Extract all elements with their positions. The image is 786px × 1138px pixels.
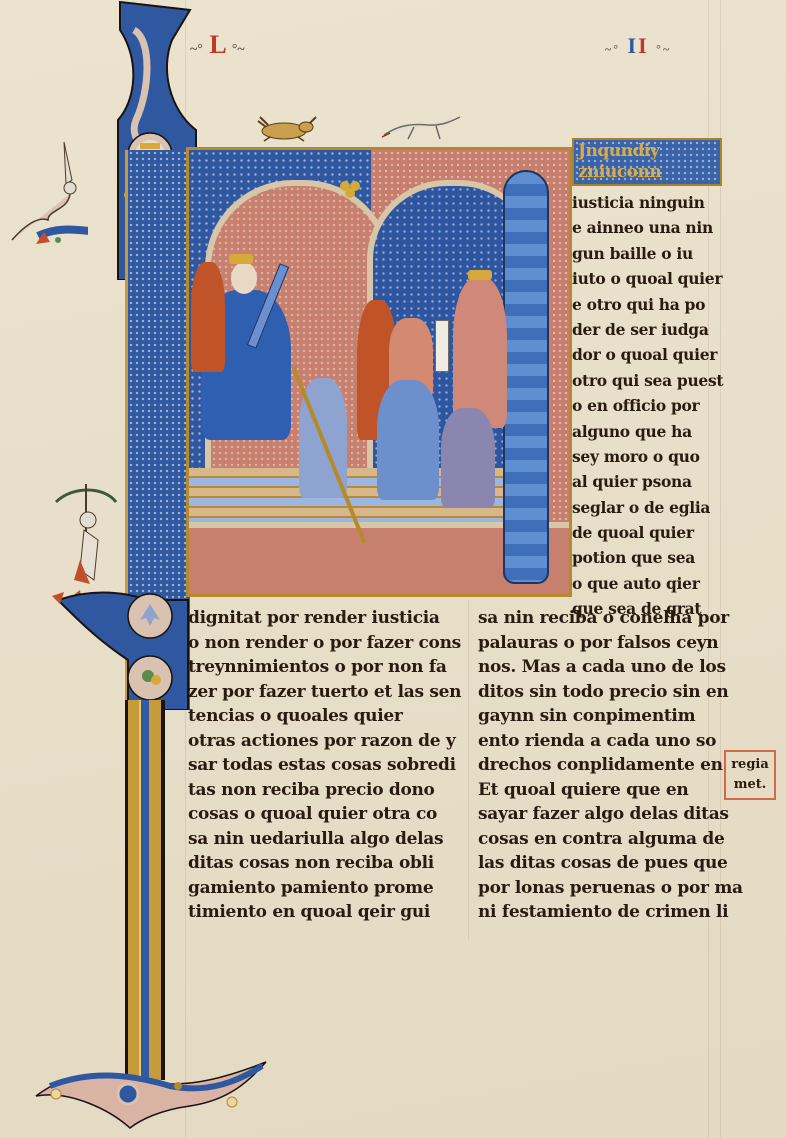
ruling-line: [468, 600, 469, 940]
text-line: e otro qui ha po: [572, 292, 732, 317]
running-title-letter: L: [209, 30, 225, 59]
king-head: [231, 262, 257, 294]
text-line: o que auto qier: [572, 571, 732, 596]
hare-icon: [250, 113, 322, 143]
scroll-icon: [435, 320, 449, 372]
text-line: por lonas peruenas o por ma: [478, 876, 728, 901]
rubric-heading: Jnqundiy zniuconn: [572, 138, 722, 186]
marginal-note: regia met.: [724, 750, 776, 800]
text-line: timiento en quoal qeir gui: [188, 900, 463, 925]
text-line: tencias o quoales quier: [188, 704, 463, 729]
text-line: cosas en contra alguma de: [478, 827, 728, 852]
text-line: alguno que ha: [572, 419, 732, 444]
text-column-left: dignitat por render iusticia o non rende…: [188, 606, 463, 925]
flourish-icon: °~: [232, 42, 245, 57]
numeral-blue: I: [628, 33, 639, 58]
crown-icon: [140, 143, 160, 149]
text-line: iuto o quoal quier: [572, 266, 732, 291]
marginal-note-line-2: met.: [726, 775, 774, 795]
text-line: o non render o por fazer cons: [188, 631, 463, 656]
text-line: ditas cosas non reciba obli: [188, 851, 463, 876]
text-line: de quoal quier: [572, 520, 732, 545]
rubric-line-1: Jnqundiy: [578, 141, 716, 162]
text-line: cosas o quoal quier otra co: [188, 802, 463, 827]
text-line: nos. Mas a cada uno de los: [478, 655, 728, 680]
text-line: gamiento pamiento prome: [188, 876, 463, 901]
text-line: tas non reciba precio dono: [188, 778, 463, 803]
text-line: potion que sea: [572, 545, 732, 570]
text-line: sey moro o quo: [572, 444, 732, 469]
text-line: otras actiones por razon de y: [188, 729, 463, 754]
text-column-right: sa nin reciba o conelha por palauras o p…: [478, 606, 728, 925]
text-line: der de ser iudga: [572, 317, 732, 342]
text-line: iusticia ninguin: [572, 190, 732, 215]
seated-woman-figure: [441, 408, 495, 508]
trefoil-ornament-icon: [339, 180, 361, 198]
text-line: gaynn sin conpimentim: [478, 704, 728, 729]
rubric-line-2: zniuconn: [578, 162, 716, 183]
hound-icon: [378, 113, 462, 143]
text-line: las ditas cosas de pues que: [478, 851, 728, 876]
text-line: o en officio por: [572, 393, 732, 418]
text-line: palauras o por falsos ceyn: [478, 631, 728, 656]
text-line: ni festamiento de crimen li: [478, 900, 728, 925]
crown-icon: [468, 270, 492, 280]
initial-n-stroke: [503, 170, 549, 584]
text-line: drechos conplidamente en: [478, 753, 728, 778]
text-line: otro qui sea puest: [572, 368, 732, 393]
marginal-note-line-1: regia: [726, 755, 774, 775]
text-line: dignitat por render iusticia: [188, 606, 463, 631]
text-line: sa nin uedariulla algo delas: [188, 827, 463, 852]
text-line: sa nin reciba o conelha por: [478, 606, 728, 631]
text-line: zer por fazer tuerto et las sen: [188, 680, 463, 705]
text-line: al quier psona: [572, 469, 732, 494]
text-line: e ainneo una nin: [572, 215, 732, 240]
text-column-right-top: iusticia ninguin e ainneo una nin gun ba…: [572, 190, 732, 622]
flourish-icon: °~: [656, 42, 671, 56]
text-line: seglar o de eglia: [572, 495, 732, 520]
text-line: ditos sin todo precio sin en: [478, 680, 728, 705]
crown-icon: [229, 254, 253, 264]
king-figure-right: [453, 278, 507, 428]
initial-lower-roundels: [48, 570, 198, 710]
initial-base-foliate: [30, 1060, 270, 1130]
text-line: gun baille o iu: [572, 241, 732, 266]
numeral-red: I: [638, 33, 649, 58]
text-line: sayar fazer algo delas ditas: [478, 802, 728, 827]
seated-men-group: [377, 380, 439, 500]
text-line: ento rienda a cada uno so: [478, 729, 728, 754]
text-line: treynnimientos o por non fa: [188, 655, 463, 680]
historiated-initial-miniature: [186, 147, 572, 597]
attendant-figure: [191, 262, 225, 372]
text-line: sar todas estas cosas sobredi: [188, 753, 463, 778]
text-line: Et quoal quiere que en: [478, 778, 728, 803]
text-line: dor o quoal quier: [572, 342, 732, 367]
dragon-hybrid-icon: [8, 140, 88, 250]
flourish-icon: ~°: [605, 42, 620, 56]
running-title-right: ~° II °~: [605, 33, 671, 59]
initial-shaft: [125, 700, 165, 1080]
